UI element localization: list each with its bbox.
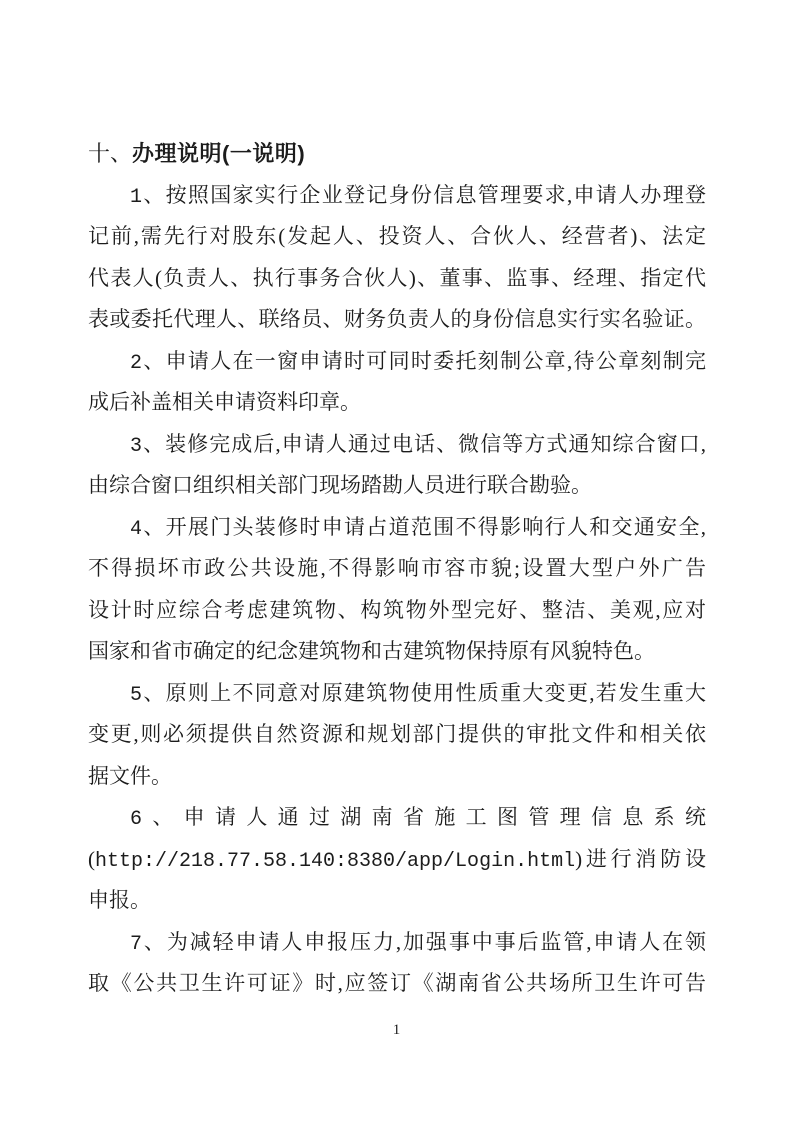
paragraph: 6、申请人通过湖南省施工图管理信息系统(http://218.77.58.140… — [88, 797, 706, 922]
text-line: 6、申请人通过湖南省施工图管理信息系统 — [88, 797, 706, 839]
paragraph: 1、按照国家实行企业登记身份信息管理要求,申请人办理登记前,需先行对股东(发起人… — [88, 175, 706, 341]
paragraph: 7、为减轻申请人申报压力,加强事中事后监管,申请人在领取《公共卫生许可证》时,应… — [88, 922, 706, 1005]
text-line: 代表人(负责人、执行事务合伙人)、董事、监事、经理、指定代 — [88, 258, 706, 300]
latin-text: http://218.77.58.140:8380/app/Login.html — [95, 850, 575, 873]
text-line: 由综合窗口组织相关部门现场踏勘人员进行联合勘验。 — [88, 465, 706, 507]
text-line: 5、原则上不同意对原建筑物使用性质重大变更,若发生重大 — [88, 673, 706, 715]
latin-text: 6 — [130, 808, 142, 831]
latin-text: 5 — [130, 684, 142, 707]
text-line: 变更,则必须提供自然资源和规划部门提供的审批文件和相关依 — [88, 714, 706, 756]
text-line: 申报。 — [88, 880, 706, 922]
document-body: 1、按照国家实行企业登记身份信息管理要求,申请人办理登记前,需先行对股东(发起人… — [88, 175, 706, 1005]
text-line: 设计时应综合考虑建筑物、构筑物外型完好、整洁、美观,应对 — [88, 590, 706, 632]
text-line: 国家和省市确定的纪念建筑物和古建筑物保持原有风貌特色。 — [88, 631, 706, 673]
text-line: 取《公共卫生许可证》时,应签订《湖南省公共场所卫生许可告 — [88, 963, 706, 1005]
latin-text: 2 — [130, 352, 142, 375]
text-line: 4、开展门头装修时申请占道范围不得影响行人和交通安全, — [88, 507, 706, 549]
text-line: 成后补盖相关申请资料印章。 — [88, 382, 706, 424]
section-heading-number: 十、 — [88, 141, 132, 166]
section-heading-title: 办理说明(一说明) — [132, 141, 305, 166]
text-line: 记前,需先行对股东(发起人、投资人、合伙人、经营者)、法定 — [88, 216, 706, 258]
paragraph: 2、申请人在一窗申请时可同时委托刻制公章,待公章刻制完成后补盖相关申请资料印章。 — [88, 341, 706, 424]
latin-text: 1 — [130, 186, 142, 209]
text-line: 表或委托代理人、联络员、财务负责人的身份信息实行实名验证。 — [88, 299, 706, 341]
text-line: 不得损坏市政公共设施,不得影响市容市貌;设置大型户外广告 — [88, 548, 706, 590]
latin-text: 3 — [130, 435, 142, 458]
latin-text: 4 — [130, 518, 142, 541]
paragraph: 3、装修完成后,申请人通过电话、微信等方式通知综合窗口,由综合窗口组织相关部门现… — [88, 424, 706, 507]
text-line: 3、装修完成后,申请人通过电话、微信等方式通知综合窗口, — [88, 424, 706, 466]
paragraph: 5、原则上不同意对原建筑物使用性质重大变更,若发生重大变更,则必须提供自然资源和… — [88, 673, 706, 798]
paragraph: 4、开展门头装修时申请占道范围不得影响行人和交通安全,不得损坏市政公共设施,不得… — [88, 507, 706, 673]
text-line: (http://218.77.58.140:8380/app/Login.htm… — [88, 839, 706, 881]
section-heading: 十、办理说明(一说明) — [88, 133, 706, 175]
page-number: 1 — [0, 1022, 793, 1039]
text-line: 据文件。 — [88, 756, 706, 798]
latin-text: 7 — [130, 933, 142, 956]
document-page: 十、办理说明(一说明) 1、按照国家实行企业登记身份信息管理要求,申请人办理登记… — [0, 0, 793, 1122]
document-content: 十、办理说明(一说明) 1、按照国家实行企业登记身份信息管理要求,申请人办理登记… — [88, 133, 706, 1005]
text-line: 2、申请人在一窗申请时可同时委托刻制公章,待公章刻制完 — [88, 341, 706, 383]
text-line: 7、为减轻申请人申报压力,加强事中事后监管,申请人在领 — [88, 922, 706, 964]
text-line: 1、按照国家实行企业登记身份信息管理要求,申请人办理登 — [88, 175, 706, 217]
